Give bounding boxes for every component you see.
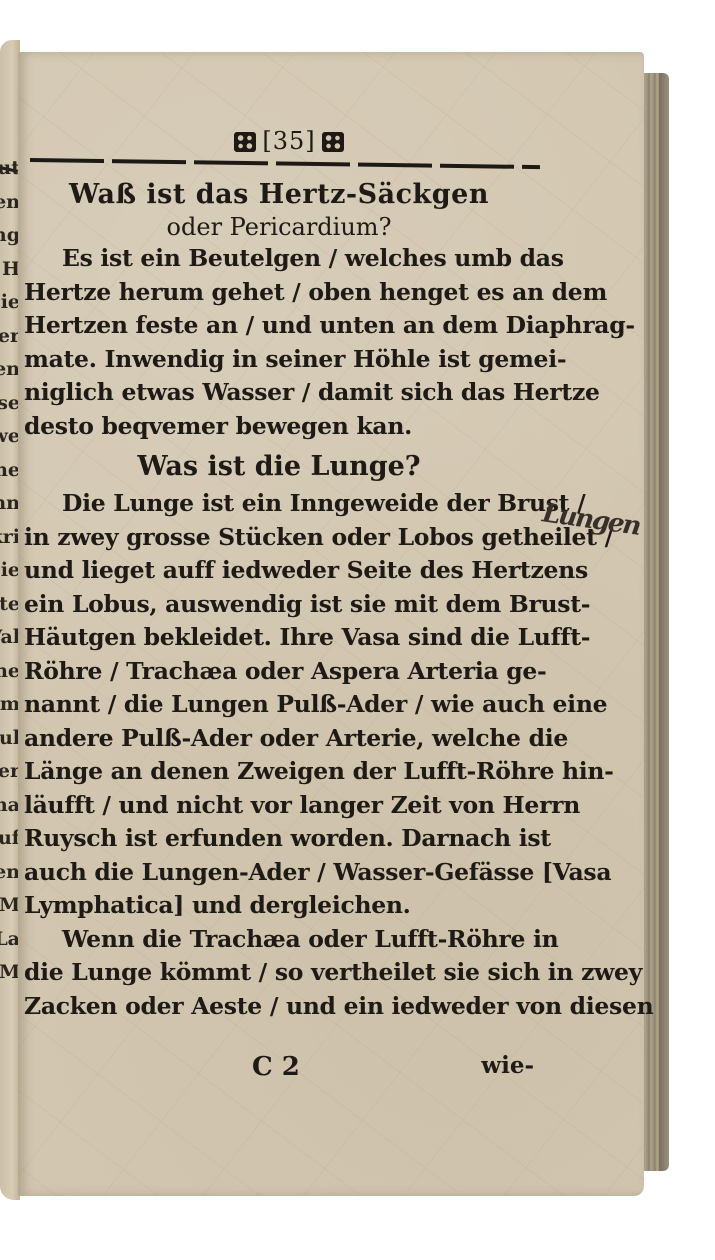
open-book: ut en ng s H ie er/ esen se we ne nn kri… — [0, 0, 715, 1260]
text-line: und lieget auff iedweder Seite des Hertz… — [24, 554, 534, 588]
facing-fragment: er/ — [0, 320, 20, 354]
facing-fragment: ie — [0, 286, 20, 320]
text-line: andere Pulß-Ader oder Arterie, welche di… — [24, 722, 534, 756]
facing-fragment: en — [0, 186, 20, 220]
text-line: niglich etwas Wasser / damit sich das He… — [24, 376, 534, 410]
text-line: Hertzen feste an / und unten an dem Diap… — [24, 309, 534, 343]
text-line: ein Lobus, auswendig ist sie mit dem Bru… — [24, 588, 534, 622]
text-line: mate. Inwendig in seiner Höhle ist gemei… — [24, 343, 534, 377]
text-line: nannt / die Lungen Pulß-Ader / wie auch … — [24, 688, 534, 722]
facing-fragment: he/ — [0, 655, 20, 689]
text-line: läufft / und nicht vor langer Zeit von H… — [24, 789, 534, 823]
text-line: Wenn die Trachæa oder Lufft-Röhre in — [24, 923, 534, 957]
text-line: Ruysch ist erfunden worden. Darnach ist — [24, 822, 534, 856]
fleuron-ornament-icon — [322, 132, 344, 152]
page-body: Waß ist das Hertz-Säckgen oder Pericardi… — [24, 178, 534, 1023]
facing-fragment: ema — [0, 789, 20, 823]
fleuron-ornament-icon — [234, 132, 256, 152]
facing-fragment: lauf — [0, 822, 20, 856]
text-line: Die Lunge ist ein Inngeweide der Brust / — [24, 487, 534, 521]
signature-mark: C 2 — [252, 1052, 300, 1082]
text-line: Lymphatica] und dergleichen. — [24, 889, 534, 923]
facing-fragment: Pul — [0, 722, 20, 756]
facing-fragment: M — [0, 956, 20, 990]
page-number-label: [35] — [262, 127, 315, 155]
book-page: [35] Waß ist das Hertz-Säckgen oder Peri… — [18, 52, 644, 1196]
facing-fragment: der — [0, 755, 20, 789]
subheading-pericardium: oder Pericardium? — [24, 212, 534, 242]
paragraph-pericardium: Es ist ein Beutelgen / welches umb das H… — [24, 242, 534, 443]
text-line: auch die Lungen-Ader / Wasser-Gefässe [V… — [24, 856, 534, 890]
heading-pericardium: Waß ist das Hertz-Säckgen — [24, 178, 534, 212]
text-line: die Lunge kömmt / so vertheilet sie sich… — [24, 956, 534, 990]
text-line: Es ist ein Beutelgen / welches umb das — [24, 242, 534, 276]
facing-fragment: ben — [0, 856, 20, 890]
text-line-underlined: in zwey grosse Stücken oder Lobos gethei… — [24, 521, 534, 555]
text-line: Hertze herum gehet / oben henget es an d… — [24, 276, 534, 310]
facing-fragment: s La — [0, 923, 20, 957]
facing-fragment: we — [0, 420, 20, 454]
paragraph-trachea: Wenn die Trachæa oder Lufft-Röhre in die… — [24, 923, 534, 1024]
catchword: wie- — [481, 1052, 534, 1079]
facing-fragment: Val- — [0, 621, 20, 655]
facing-page-edge: ut en ng s H ie er/ esen se we ne nn kri… — [0, 40, 20, 1200]
facing-fragment: ng — [0, 219, 20, 253]
paragraph-lung: Die Lunge ist ein Inngeweide der Brust /… — [24, 487, 534, 923]
facing-fragment: esen — [0, 353, 20, 387]
facing-fragment: nom — [0, 688, 20, 722]
facing-fragment: ut — [0, 152, 20, 186]
facing-fragment: nn — [0, 487, 20, 521]
text-line: desto beqvemer bewegen kan. — [24, 410, 534, 444]
facing-fragment: ie — [0, 554, 20, 588]
text-line: Röhre / Trachæa oder Aspera Arteria ge- — [24, 655, 534, 689]
text-line: Länge an denen Zweigen der Lufft-Röhre h… — [24, 755, 534, 789]
facing-page-text-fragments: ut en ng s H ie er/ esen se we ne nn kri… — [0, 152, 20, 990]
facing-fragment: s H — [0, 253, 20, 287]
heading-lung: Was ist die Lunge? — [24, 447, 534, 487]
text-line: Häutgen bekleidet. Ihre Vasa sind die Lu… — [24, 621, 534, 655]
facing-fragment: se — [0, 387, 20, 421]
page-number: [35] — [214, 127, 364, 155]
facing-fragment: ste. — [0, 588, 20, 622]
facing-fragment: M — [0, 889, 20, 923]
facing-fragment: ne — [0, 454, 20, 488]
facing-fragment: kri — [0, 521, 20, 555]
page-footer: C 2 wie- — [24, 1052, 534, 1088]
text-line: Zacken oder Aeste / und ein iedweder von… — [24, 990, 534, 1024]
